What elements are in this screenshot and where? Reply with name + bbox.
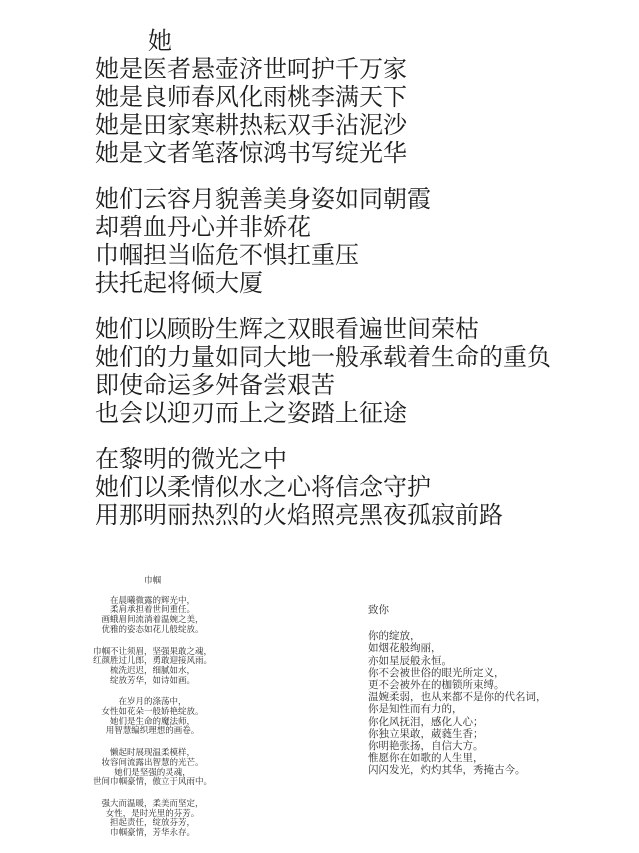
poem-line: 用那明丽热烈的火焰照亮黑夜孤寂前路	[95, 502, 551, 530]
poem-zhini: 致你 你的绽放， 如烟花般绚丽， 亦如星辰般永恒。 你不会被世俗的眼光所定义， …	[368, 604, 547, 777]
poem-line: 她们的力量如同大地一般承载着生命的重负	[95, 344, 551, 372]
poem-line: 你是知性而有力的，	[368, 703, 547, 715]
poem-she-stanza-1: 她是医者悬壶济世呵护千万家 她是良师春风化雨桃李满天下 她是田家寒耕热耘双手沾泥…	[95, 56, 551, 168]
poem-line: 扶托起将倾大厦	[95, 270, 551, 298]
poem-line: 她是良师春风化雨桃李满天下	[95, 84, 551, 112]
poem-jinguo: 巾帼 在晨曦微露的辉光中， 柔肩承担着世间重任。 画蛾眉间流淌着温婉之美， 优雅…	[50, 576, 255, 838]
poem-jinguo-stanza-2: 巾帼不让须眉，坚强果敢之魂， 红颜胜过儿郎，勇敢迎接风雨。 梳洗迟迟，细腻如水，…	[50, 647, 255, 686]
poem-she-stanza-2: 她们云容月貌善美身姿如同朝霞 却碧血丹心并非娇花 巾帼担当临危不惧扛重压 扶托起…	[95, 186, 551, 298]
poem-line: 惟愿你在如歌的人生里，	[368, 752, 547, 764]
poem-jinguo-stanza-5: 强大而温暖，柔美而坚定， 女性，是时光里的芬芳。 担起责任，绽放芬芳， 巾帼豪情…	[50, 799, 255, 838]
poem-line: 她们以顾盼生辉之双眼看遍世间荣枯	[95, 316, 551, 344]
poem-line: 你独立果敢，葳蕤生香；	[368, 728, 547, 740]
poem-line: 也会以迎刃而上之姿踏上征途	[95, 400, 551, 428]
poem-line: 更不会被外在的枷锁所束缚。	[368, 679, 547, 691]
poem-line: 优雅的姿态如花儿般绽放。	[50, 625, 255, 635]
poem-jinguo-stanza-3: 在岁月的涤荡中， 女性如花朵一般娇艳绽放。 她们是生命的魔法师， 用智慧编织理想…	[50, 697, 255, 736]
poem-she-title: 她	[148, 28, 551, 56]
poem-line: 她是文者笔落惊鸿书写绽光华	[95, 140, 551, 168]
poem-zhini-body: 你的绽放， 如烟花般绚丽， 亦如星辰般永恒。 你不会被世俗的眼光所定义， 更不会…	[368, 630, 547, 776]
poem-jinguo-stanza-4: 懒起时展现温柔模样， 妆容间流露出智慧的光芒。 她们是坚强的灵魂， 世间巾帼豪情…	[50, 748, 255, 787]
poem-line: 亦如星辰般永恒。	[368, 655, 547, 667]
poem-line: 巾帼担当临危不惧扛重压	[95, 242, 551, 270]
poem-line: 巾帼豪情，芳华永存。	[50, 828, 255, 838]
document-page: 她 她是医者悬壶济世呵护千万家 她是良师春风化雨桃李满天下 她是田家寒耕热耘双手…	[0, 0, 639, 853]
poem-she-stanza-4: 在黎明的微光之中 她们以柔情似水之心将信念守护 用那明丽热烈的火焰照亮黑夜孤寂前…	[95, 446, 551, 530]
poem-line: 世间巾帼豪情，傲立于风雨中。	[50, 777, 255, 787]
poem-line: 用智慧编织理想的画卷。	[50, 726, 255, 736]
poem-line: 你化风抚泪，感化人心；	[368, 716, 547, 728]
poem-line: 她是田家寒耕热耘双手沾泥沙	[95, 112, 551, 140]
poem-line: 绽放芳华，如诗如画。	[50, 676, 255, 686]
poem-line: 你的绽放，	[368, 630, 547, 642]
poem-line: 温婉柔弱，也从来都不是你的代名词，	[368, 691, 547, 703]
poem-line: 即使命运多舛备尝艰苦	[95, 372, 551, 400]
poem-she: 她 她是医者悬壶济世呵护千万家 她是良师春风化雨桃李满天下 她是田家寒耕热耘双手…	[95, 28, 551, 530]
poem-line: 在黎明的微光之中	[95, 446, 551, 474]
poem-zhini-title: 致你	[368, 604, 547, 616]
poem-jinguo-stanza-1: 在晨曦微露的辉光中， 柔肩承担着世间重任。 画蛾眉间流淌着温婉之美， 优雅的姿态…	[50, 596, 255, 635]
poem-line: 你不会被世俗的眼光所定义，	[368, 667, 547, 679]
poem-she-stanza-3: 她们以顾盼生辉之双眼看遍世间荣枯 她们的力量如同大地一般承载着生命的重负 即使命…	[95, 316, 551, 428]
poem-line: 她是医者悬壶济世呵护千万家	[95, 56, 551, 84]
poem-jinguo-title: 巾帼	[50, 576, 255, 586]
poem-line: 却碧血丹心并非娇花	[95, 214, 551, 242]
poem-line: 她们云容月貌善美身姿如同朝霞	[95, 186, 551, 214]
poem-line: 她们以柔情似水之心将信念守护	[95, 474, 551, 502]
poem-line: 闪闪发光，灼灼其华，秀掩古今。	[368, 764, 547, 776]
poem-line: 你明艳张扬，自信大方。	[368, 740, 547, 752]
poem-line: 如烟花般绚丽，	[368, 642, 547, 654]
